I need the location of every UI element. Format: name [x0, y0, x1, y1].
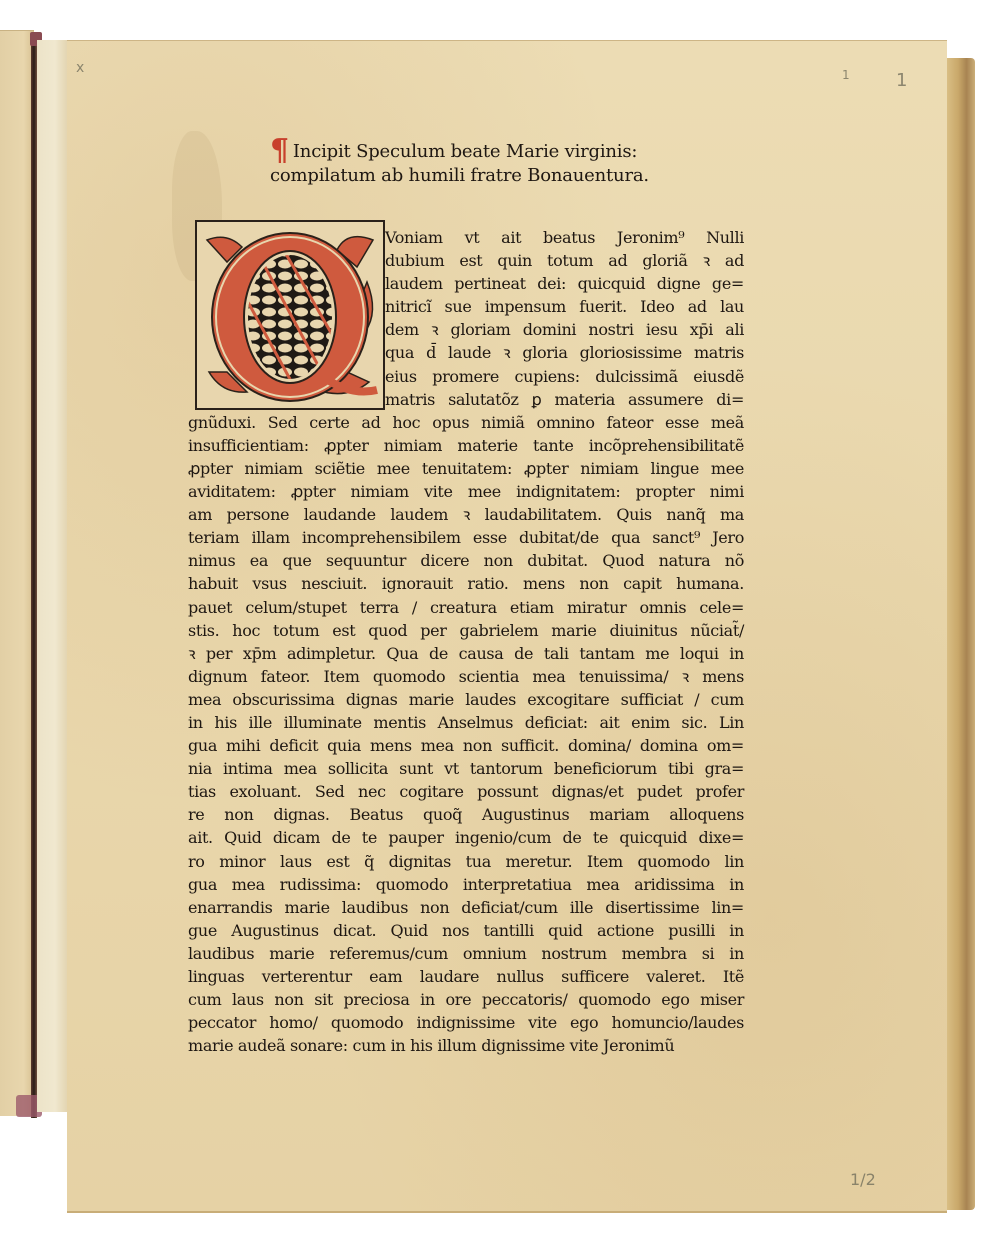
text-line: ait. Quid dicam de te pauper ingenio/cum…: [188, 826, 744, 849]
text-line: teriam illam incomprehensibilem esse dub…: [188, 526, 744, 549]
text-line: in his ille illuminate mentis Anselmus d…: [188, 711, 744, 734]
text-line: stis. hoc totum est quod per gabrielem m…: [188, 619, 744, 642]
text-line: laudem pertineat dei: quicquid digne ge=: [385, 272, 744, 295]
text-line: am persone laudande laudem ꝛ laudabilita…: [188, 503, 744, 526]
text-line: peccator homo/ quomodo indignissime vite…: [188, 1011, 744, 1034]
text-line: qua d̄ laude ꝛ gloria gloriosissime matr…: [385, 341, 744, 364]
pencil-mark-top-left: x: [76, 60, 84, 76]
text-line: Voniam vt ait beatus Jeronim⁹ Nulli: [385, 226, 744, 249]
text-line: tias exoluant. Sed nec cogitare possunt …: [188, 780, 744, 803]
text-line: cum laus non sit preciosa in ore peccato…: [188, 988, 744, 1011]
text-line: eius promere cupiens: dulcissimã eiusdẽ: [385, 365, 744, 388]
incipit-line-1: ¶Incipit Speculum beate Marie virginis:: [270, 140, 740, 164]
text-line: gua mihi deficit quia mens mea non suffi…: [188, 734, 744, 757]
text-line: ꝓpter nimiam sciẽtie mee tenuitatem: ꝓpt…: [188, 457, 744, 480]
text-line: matris salutatõz ꝑ materia assumere di=: [385, 388, 744, 411]
text-line: enarrandis marie laudibus non deficiat/c…: [188, 896, 744, 919]
incipit-line-2: compilatum ab humili fratre Bonauentura.: [270, 164, 740, 188]
pencil-mark-top-right-2: 1: [896, 70, 907, 91]
text-line: insufficientiam: ꝓpter nimiam materie ta…: [188, 434, 744, 457]
text-line: dubium est quin totum ad gloriã ꝛ ad: [385, 249, 744, 272]
text-line: nimus ea que sequuntur dicere non dubita…: [188, 549, 744, 572]
paragraph-mark-icon: ¶: [270, 133, 289, 168]
text-line: gua mea rudissima: quomodo interpretatiu…: [188, 873, 744, 896]
text-line: gue Augustinus dicat. Quid nos tantilli …: [188, 919, 744, 942]
pencil-mark-top-right-1: 1: [842, 68, 850, 82]
text-line: nitricĩ sue impensum fuerit. Ideo ad lau: [385, 295, 744, 318]
incipit-heading: ¶Incipit Speculum beate Marie virginis: …: [270, 140, 740, 188]
main-text-block: Voniam vt ait beatus Jeronim⁹ Nulli dubi…: [188, 226, 744, 1057]
text-line: gnũduxi. Sed certe ad hoc opus nimiã omn…: [188, 411, 744, 434]
text-line: mea obscurissima dignas marie laudes exc…: [188, 688, 744, 711]
text-line: laudibus marie referemus/cum omnium nost…: [188, 942, 744, 965]
hinge-strip: [37, 40, 68, 1112]
text-line: re non dignas. Beatus quoq̃ Augustinus m…: [188, 803, 744, 826]
text-line: nia intima mea sollicita sunt vt tantoru…: [188, 757, 744, 780]
text-line: dignum fateor. Item quomodo scientia mea…: [188, 665, 744, 688]
pencil-mark-folio: 1/2: [850, 1170, 876, 1189]
text-line: aviditatem: ꝓpter nimiam vite mee indign…: [188, 480, 744, 503]
text-line: marie audeã sonare: cum in his illum dig…: [188, 1034, 744, 1057]
text-line: pauet celum/stupet terra / creatura etia…: [188, 596, 744, 619]
text-line: linguas verterentur eam laudare nullus s…: [188, 965, 744, 988]
text-line: ꝛ per xp̄m adimpletur. Qua de causa de t…: [188, 642, 744, 665]
page-fore-edge: [947, 58, 975, 1210]
text-line: dem ꝛ gloriam domini nostri iesu xp̄i al…: [385, 318, 744, 341]
facing-left-page: [0, 30, 34, 1116]
text-line: habuit vsus nesciuit. ignorauit ratio. m…: [188, 572, 744, 595]
text-line: ro minor laus est q̃ dignitas tua meretu…: [188, 850, 744, 873]
